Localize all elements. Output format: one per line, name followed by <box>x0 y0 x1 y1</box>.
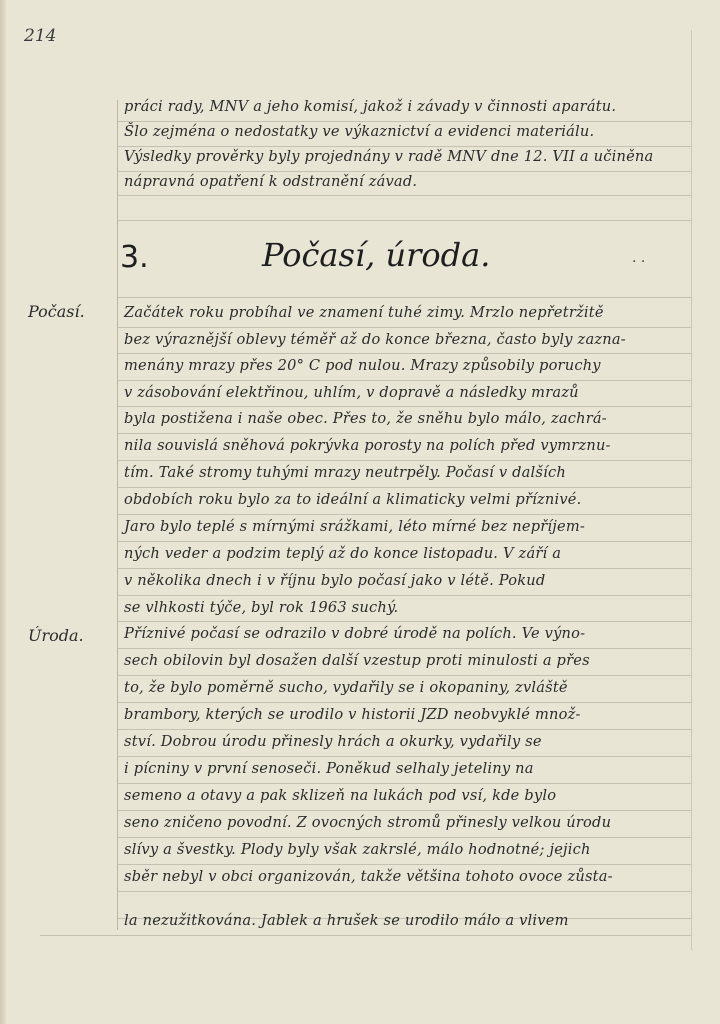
ruled-line <box>118 353 691 354</box>
ruled-line <box>118 621 691 622</box>
ruled-line <box>118 146 691 147</box>
intro-line: Šlo zejména o nedostatky ve výkaznictví … <box>124 123 694 140</box>
ruled-line <box>118 195 691 196</box>
body-line: se vlhkosti týče, byl rok 1963 suchý. <box>124 599 694 616</box>
section-number: 3. <box>120 240 149 275</box>
body-line: obdobích roku bylo za to ideální a klima… <box>124 491 694 508</box>
body-line: sběr nebyl v obci organizován, takže vět… <box>124 868 694 885</box>
body-line: brambory, kterých se urodilo v historii … <box>124 706 694 723</box>
intro-line: Výsledky prověrky byly projednány v radě… <box>124 148 694 165</box>
body-line: byla postižena i naše obec. Přes to, že … <box>124 410 694 427</box>
ruled-line <box>118 433 691 434</box>
ruled-line <box>118 121 691 122</box>
ruled-line <box>118 568 691 569</box>
ruled-line <box>118 729 691 730</box>
side-label-weather: Počasí. <box>28 302 85 321</box>
body-line: slívy a švestky. Plody byly však zakrslé… <box>124 841 694 858</box>
document-page: 214 práci rady, MNV a jeho komisí, jakož… <box>0 0 720 1024</box>
ruled-line <box>118 406 691 407</box>
ruled-line <box>118 864 691 865</box>
ruled-line <box>118 702 691 703</box>
body-line: sech obilovin byl dosažen další vzestup … <box>124 652 694 669</box>
heading-dots: . . <box>632 250 645 266</box>
margin-rule <box>117 100 118 930</box>
side-label-harvest: Úroda. <box>28 626 84 645</box>
ruled-line <box>118 891 691 892</box>
body-line: seno zničeno povodní. Z ovocných stromů … <box>124 814 694 831</box>
ruled-line <box>118 648 691 649</box>
ruled-line <box>118 514 691 515</box>
body-line: Příznivé počasí se odrazilo v dobré úrod… <box>124 625 694 642</box>
intro-line: práci rady, MNV a jeho komisí, jakož i z… <box>124 98 694 115</box>
body-line: nila souvislá sněhová pokrývka porosty n… <box>124 437 694 454</box>
body-line: Začátek roku probíhal ve znamení tuhé zi… <box>124 304 694 321</box>
body-line: Jaro bylo teplé s mírnými srážkami, léto… <box>124 518 694 535</box>
body-line: la nezužitkována. Jablek a hrušek se uro… <box>124 912 694 929</box>
ruled-line <box>118 756 691 757</box>
body-line: menány mrazy přes 20° C pod nulou. Mrazy… <box>124 357 694 374</box>
body-line: i pícniny v první senoseči. Poněkud selh… <box>124 760 694 777</box>
ruled-line <box>118 837 691 838</box>
ruled-line <box>118 487 691 488</box>
ruled-line <box>118 380 691 381</box>
page-number: 214 <box>24 26 56 46</box>
page-binding <box>0 0 6 1024</box>
ruled-line <box>118 460 691 461</box>
intro-line: nápravná opatření k odstranění závad. <box>124 173 694 190</box>
section-title: Počasí, úroda. <box>262 236 490 274</box>
ruled-line <box>118 675 691 676</box>
body-line: to, že bylo poměrně sucho, vydařily se i… <box>124 679 694 696</box>
body-line: ných veder a podzim teplý až do konce li… <box>124 545 694 562</box>
body-line: ství. Dobrou úrodu přinesly hrách a okur… <box>124 733 694 750</box>
ruled-line <box>118 220 691 221</box>
ruled-line <box>118 810 691 811</box>
ruled-line <box>118 297 691 298</box>
body-line: semeno a otavy a pak sklizeň na lukách p… <box>124 787 694 804</box>
ruled-line <box>118 327 691 328</box>
right-margin-rule <box>691 30 692 950</box>
ruled-line <box>118 783 691 784</box>
ruled-line <box>118 595 691 596</box>
body-line: bez výraznější oblevy téměř až do konce … <box>124 331 694 348</box>
ruled-line <box>118 541 691 542</box>
body-line: v několika dnech i v říjnu bylo počasí j… <box>124 572 694 589</box>
ruled-line <box>118 171 691 172</box>
body-line: tím. Také stromy tuhými mrazy neutrpěly.… <box>124 464 694 481</box>
ruled-line <box>40 935 691 936</box>
body-line: v zásobování elektřinou, uhlím, v doprav… <box>124 384 694 401</box>
